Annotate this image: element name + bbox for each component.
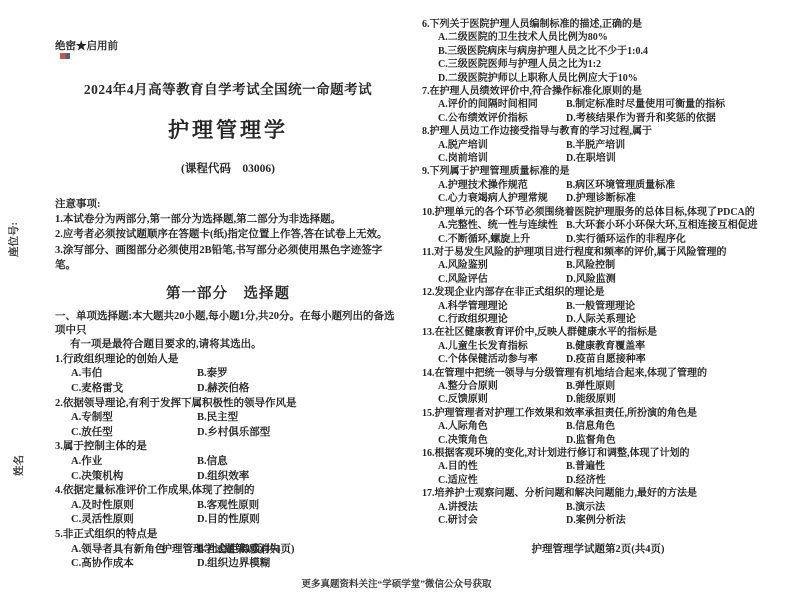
question-14-option-B: B.弹性原则 <box>566 380 774 393</box>
question-11-options: A.风险鉴别B.风险控制C.风险评估D.风险监测 <box>422 259 774 286</box>
question-15-option-A: A.人际角色 <box>438 420 566 433</box>
question-2-option-A: A.专制型 <box>71 411 197 426</box>
question-4-stem: 4.依据定量标准评价工作成果,体现了控制的 <box>55 484 401 499</box>
question-11-option-A: A.风险鉴别 <box>438 259 566 272</box>
question-14-options: A.整分合原则B.弹性原则C.反馈原则D.能级原则 <box>422 380 774 407</box>
seat-number-label: 座位号: <box>6 222 21 257</box>
question-7-options: A.评价的间隔时间相同B.制定标准时尽量使用可衡量的指标C.公布绩效评价指标D.… <box>422 98 774 125</box>
question-10-stem: 10.护理单元的各个环节必须围绕着医院护理服务的总体目标,体现了PDCA的 <box>422 206 774 219</box>
question-9-options: A.护理技术操作规范B.病区环境管理质量标准C.心力衰竭病人护理常规D.护理诊断… <box>422 179 774 206</box>
question-7-option-B: B.制定标准时尽量使用可衡量的指标 <box>566 98 774 111</box>
left-column: 绝密★启用前 2024年4月高等教育自学考试全国统一命题考试 护理管理学 (课程… <box>55 38 401 572</box>
question-15-stem: 15.护理管理者对护理工作效果和效率承担责任,所扮演的角色是 <box>422 407 774 420</box>
question-8-option-A: A.脱产培训 <box>438 139 566 152</box>
question-3-option-A: A.作业 <box>71 455 197 470</box>
question-4-option-D: D.目的性原则 <box>197 513 401 528</box>
question-1: 1.行政组织理论的创始人是A.韦伯B.泰罗C.麦格雷戈D.赫茨伯格 <box>55 353 401 397</box>
question-3-option-C: C.决策机构 <box>71 470 197 485</box>
question-2-option-C: C.放任型 <box>71 426 197 441</box>
question-11-option-D: D.风险监测 <box>566 273 774 286</box>
question-6: 6.下列关于医院护理人员编制标准的描述,正确的是A.二级医院的卫生技术人员比例为… <box>422 18 774 85</box>
question-4-option-A: A.及时性原则 <box>71 499 197 514</box>
section-intro-line-1: 一、单项选择题:本大题共20小题,每小题1分,共20分。在每小题列出的备选项中只 <box>55 310 401 339</box>
question-15-option-D: D.监督角色 <box>566 434 774 447</box>
question-3-options: A.作业B.信息C.决策机构D.组织效率 <box>55 455 401 484</box>
question-10-option-B: B.大环套小环小环保大环,互相连接互相促进 <box>566 219 774 232</box>
question-15-options: A.人际角色B.信息角色C.决策角色D.监督角色 <box>422 420 774 447</box>
questions-page-2: 6.下列关于医院护理人员编制标准的描述,正确的是A.二级医院的卫生技术人员比例为… <box>422 18 774 527</box>
question-8-stem: 8.护理人员边工作边接受指导与教育的学习过程,属于 <box>422 125 774 138</box>
watermark-note: 更多真题资料关注“学硕学堂”微信公众号获取 <box>0 576 793 590</box>
question-10-option-C: C.不断循环,螺旋上升 <box>438 233 566 246</box>
question-16: 16.根据客观环境的变化,对计划进行修订和调整,体现了计划的A.目的性B.普遍性… <box>422 447 774 487</box>
question-7: 7.在护理人员绩效评价中,符合操作标准化原则的是A.评价的间隔时间相同B.制定标… <box>422 85 774 125</box>
question-6-option-C: C.三级医院医师与护理人员之比为1:2 <box>422 58 774 71</box>
question-7-option-D: D.考核结果作为晋升和奖惩的依据 <box>566 112 774 125</box>
question-7-option-A: A.评价的间隔时间相同 <box>438 98 566 111</box>
question-7-stem: 7.在护理人员绩效评价中,符合操作标准化原则的是 <box>422 85 774 98</box>
question-17-options: A.讲授法B.演示法C.研讨会D.案例分析法 <box>422 501 774 528</box>
note-line: 1.本试卷分为两部分,第一部分为选择题,第二部分为非选择题。 <box>55 212 401 227</box>
notes-title: 注意事项: <box>55 197 401 212</box>
question-1-stem: 1.行政组织理论的创始人是 <box>55 353 401 368</box>
question-13-stem: 13.在社区健康教育评价中,反映人群健康水平的指标是 <box>422 326 774 339</box>
classification-label: 绝密★启用前 <box>55 38 401 53</box>
question-8-option-B: B.半脱产培训 <box>566 139 774 152</box>
question-8-options: A.脱产培训B.半脱产培训C.岗前培训D.在职培训 <box>422 139 774 166</box>
question-13-option-A: A.儿童生长发育指标 <box>438 340 566 353</box>
question-12-options: A.科学管理理论B.一般管理理论C.行政组织理论D.人际关系理论 <box>422 300 774 327</box>
question-17-option-D: D.案例分析法 <box>566 514 774 527</box>
question-3: 3.属于控制主体的是A.作业B.信息C.决策机构D.组织效率 <box>55 440 401 484</box>
question-10: 10.护理单元的各个环节必须围绕着医院护理服务的总体目标,体现了PDCA的A.完… <box>422 206 774 246</box>
question-14-option-D: D.能级原则 <box>566 393 774 406</box>
question-8: 8.护理人员边工作边接受指导与教育的学习过程,属于A.脱产培训B.半脱产培训C.… <box>422 125 774 165</box>
question-16-options: A.目的性B.普遍性C.适应性D.经济性 <box>422 460 774 487</box>
page-title: 护理管理学 <box>55 114 401 144</box>
question-16-option-A: A.目的性 <box>438 460 566 473</box>
question-4-option-C: C.灵活性原则 <box>71 513 197 528</box>
question-16-option-D: D.经济性 <box>566 474 774 487</box>
exam-paper-page: 座位号: 姓名 绝密★启用前 2024年4月高等教育自学考试全国统一命题考试 护… <box>0 0 793 608</box>
question-17-option-C: C.研讨会 <box>438 514 566 527</box>
question-9-stem: 9.下列属于护理管理质量标准的是 <box>422 165 774 178</box>
question-2-stem: 2.依据领导理论,有利于发挥下属积极性的领导作风是 <box>55 397 401 412</box>
question-11-option-B: B.风险控制 <box>566 259 774 272</box>
question-16-stem: 16.根据客观环境的变化,对计划进行修订和调整,体现了计划的 <box>422 447 774 460</box>
note-line: 3.涂写部分、画图部分必须使用2B铅笔,书写部分必须使用黑色字迹签字笔。 <box>55 243 401 274</box>
questions-page-1: 1.行政组织理论的创始人是A.韦伯B.泰罗C.麦格雷戈D.赫茨伯格2.依据领导理… <box>55 353 401 572</box>
note-line: 2.应考者必须按试题顺序在答题卡(纸)指定位置上作答,答在试卷上无效。 <box>55 227 401 242</box>
question-3-option-B: B.信息 <box>197 455 401 470</box>
question-9-option-A: A.护理技术操作规范 <box>438 179 566 192</box>
question-9-option-B: B.病区环境管理质量标准 <box>566 179 774 192</box>
question-10-option-A: A.完整性、统一性与连续性 <box>438 219 566 232</box>
course-code: (课程代码 03006) <box>55 160 401 176</box>
question-6-option-A: A.二级医院的卫生技术人员比例为80% <box>422 31 774 44</box>
question-12-option-C: C.行政组织理论 <box>438 313 566 326</box>
question-8-option-C: C.岗前培训 <box>438 152 566 165</box>
question-2-options: A.专制型B.民主型C.放任型D.乡村俱乐部型 <box>55 411 401 440</box>
section-title: 第一部分 选择题 <box>55 282 401 303</box>
notes-list: 1.本试卷分为两部分,第一部分为选择题,第二部分为非选择题。2.应考者必须按试题… <box>55 212 401 274</box>
question-13: 13.在社区健康教育评价中,反映人群健康水平的指标是A.儿童生长发育指标B.健康… <box>422 326 774 366</box>
question-12-option-A: A.科学管理理论 <box>438 300 566 313</box>
question-11-option-C: C.风险评估 <box>438 273 566 286</box>
right-column: 6.下列关于医院护理人员编制标准的描述,正确的是A.二级医院的卫生技术人员比例为… <box>422 18 774 527</box>
question-2: 2.依据领导理论,有利于发挥下属积极性的领导作风是A.专制型B.民主型C.放任型… <box>55 397 401 441</box>
name-label: 姓名 <box>11 455 26 476</box>
question-15-option-C: C.决策角色 <box>438 434 566 447</box>
question-4-option-B: B.客观性原则 <box>197 499 401 514</box>
question-13-option-C: C.个体保健活动参与率 <box>438 353 566 366</box>
question-12-option-D: D.人际关系理论 <box>566 313 774 326</box>
question-12-option-B: B.一般管理理论 <box>566 300 774 313</box>
question-12: 12.发现企业内部存在非正式组织的理论是A.科学管理理论B.一般管理理论C.行政… <box>422 286 774 326</box>
question-17-stem: 17.培养护士观察问题、分析问题和解决问题能力,最好的方法是 <box>422 487 774 500</box>
question-1-options: A.韦伯B.泰罗C.麦格雷戈D.赫茨伯格 <box>55 367 401 396</box>
question-16-option-B: B.普遍性 <box>566 460 774 473</box>
question-14: 14.在管理中把统一领导与分级管理有机地结合起来,体现了管理的A.整分合原则B.… <box>422 367 774 407</box>
question-5-option-D: D.组织边界模糊 <box>197 557 401 572</box>
question-13-option-D: D.疫苗自愿接种率 <box>566 353 774 366</box>
question-17-option-A: A.讲授法 <box>438 501 566 514</box>
question-16-option-C: C.适应性 <box>438 474 566 487</box>
question-15-option-B: B.信息角色 <box>566 420 774 433</box>
question-4: 4.依据定量标准评价工作成果,体现了控制的A.及时性原则B.客观性原则C.灵活性… <box>55 484 401 528</box>
question-10-options: A.完整性、统一性与连续性B.大环套小环小环保大环,互相连接互相促进C.不断循环… <box>422 219 774 246</box>
question-17: 17.培养护士观察问题、分析问题和解决问题能力,最好的方法是A.讲授法B.演示法… <box>422 487 774 527</box>
question-1-option-A: A.韦伯 <box>71 367 197 382</box>
question-5-option-C: C.高协作成本 <box>71 557 197 572</box>
question-6-option-D: D.二级医院护师以上职称人员比例应大于10% <box>422 72 774 85</box>
question-11: 11.对于易发生风险的护理项目进行程度和频率的评价,属于风险管理的A.风险鉴别B… <box>422 246 774 286</box>
question-9-option-D: D.护理诊断标准 <box>566 192 774 205</box>
question-2-option-B: B.民主型 <box>197 411 401 426</box>
question-14-option-C: C.反馈原则 <box>438 393 566 406</box>
question-3-stem: 3.属于控制主体的是 <box>55 440 401 455</box>
question-7-option-C: C.公布绩效评价指标 <box>438 112 566 125</box>
question-12-stem: 12.发现企业内部存在非正式组织的理论是 <box>422 286 774 299</box>
page-footer-1: 护理管理学试题第1页(共4页) <box>55 541 401 556</box>
question-17-option-B: B.演示法 <box>566 501 774 514</box>
question-6-option-B: B.三级医院病床与病房护理人员之比不少于1:0.4 <box>422 45 774 58</box>
question-14-stem: 14.在管理中把统一领导与分级管理有机地结合起来,体现了管理的 <box>422 367 774 380</box>
question-15: 15.护理管理者对护理工作效果和效率承担责任,所扮演的角色是A.人际角色B.信息… <box>422 407 774 447</box>
question-11-stem: 11.对于易发生风险的护理项目进行程度和频率的评价,属于风险管理的 <box>422 246 774 259</box>
question-10-option-D: D.实行循环运作的非程序化 <box>566 233 774 246</box>
question-9: 9.下列属于护理管理质量标准的是A.护理技术操作规范B.病区环境管理质量标准C.… <box>422 165 774 205</box>
question-6-options: A.二级医院的卫生技术人员比例为80%B.三级医院病床与病房护理人员之比不少于1… <box>422 31 774 85</box>
question-1-option-D: D.赫茨伯格 <box>197 382 401 397</box>
question-14-option-A: A.整分合原则 <box>438 380 566 393</box>
section-intro-line-2: 有一项是最符合题目要求的,请将其选出。 <box>55 338 401 352</box>
exam-session-title: 2024年4月高等教育自学考试全国统一命题考试 <box>55 78 401 98</box>
question-13-options: A.儿童生长发育指标B.健康教育覆盖率C.个体保健活动参与率D.疫苗自愿接种率 <box>422 340 774 367</box>
question-1-option-B: B.泰罗 <box>197 367 401 382</box>
question-8-option-D: D.在职培训 <box>566 152 774 165</box>
question-1-option-C: C.麦格雷戈 <box>71 382 197 397</box>
page-footer-2: 护理管理学试题第2页(共4页) <box>422 541 774 556</box>
question-2-option-D: D.乡村俱乐部型 <box>197 426 401 441</box>
question-9-option-C: C.心力衰竭病人护理常规 <box>438 192 566 205</box>
question-6-stem: 6.下列关于医院护理人员编制标准的描述,正确的是 <box>422 18 774 31</box>
question-4-options: A.及时性原则B.客观性原则C.灵活性原则D.目的性原则 <box>55 499 401 528</box>
question-13-option-B: B.健康教育覆盖率 <box>566 340 774 353</box>
question-3-option-D: D.组织效率 <box>197 470 401 485</box>
